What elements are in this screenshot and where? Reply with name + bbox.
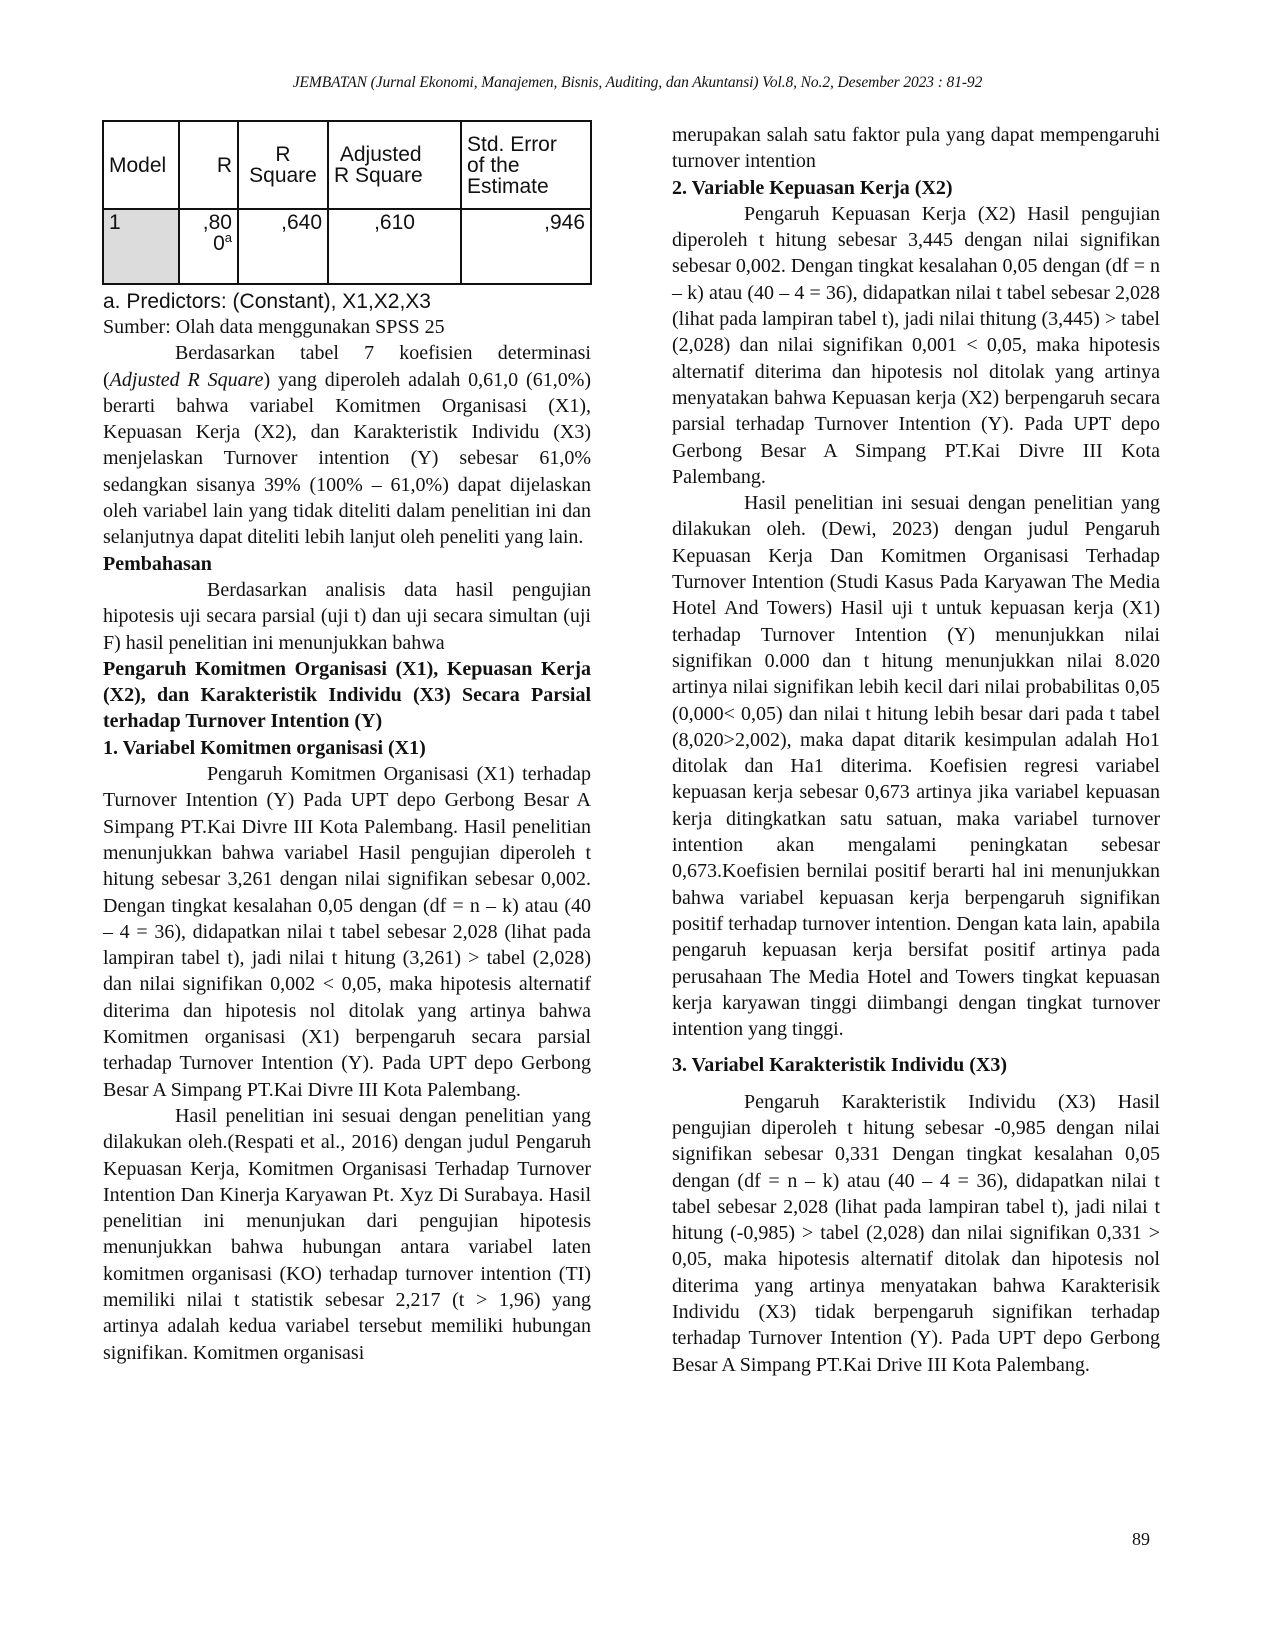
paragraph-x2: Pengaruh Kepuasan Kerja (X2) Hasil pengu… [672,201,1160,490]
paragraph-italic-term: Adjusted R Square [110,369,264,391]
running-header: JEMBATAN (Jurnal Ekonomi, Manajemen, Bis… [0,74,1275,92]
paragraph-x1-comparison: Hasil penelitian ini sesuai dengan penel… [103,1103,591,1366]
col-header-r-square: RSquare [238,121,328,209]
left-column: a. Predictors: (Constant), X1,X2,X3 Sumb… [103,290,591,1366]
col-header-r: R [179,121,238,209]
paragraph-x2-comparison: Hasil penelitian ini sesuai dengan penel… [672,490,1160,1042]
col-header-r-square-line2: Square [249,164,317,187]
table-source: Sumber: Olah data menggunakan SPSS 25 [103,314,591,340]
section-heading-partial-effect: Pengaruh Komitmen Organisasi (X1), Kepua… [103,656,591,735]
col-header-adjusted-line2: R Square [334,164,423,187]
paragraph-text: ) yang diperoleh adalah 0,61,0 (61,0%) b… [103,369,591,549]
cell-r: ,800a [179,209,238,284]
cell-adjusted-r-square: ,610 [328,209,461,284]
paragraph-x3: Pengaruh Karakteristik Individu (X3) Has… [672,1089,1160,1378]
right-column: merupakan salah satu faktor pula yang da… [672,122,1160,1378]
col-header-std-error-line3: Estimate [467,175,549,198]
section-heading-pembahasan: Pembahasan [103,551,591,577]
subheading-x3: 3. Variabel Karakteristik Individu (X3) [672,1052,1160,1078]
col-header-r-square-line1: R [275,143,290,166]
model-summary-table: Model R RSquare AdjustedR Square Std. Er… [102,120,592,285]
page-number: 89 [1132,1529,1150,1550]
table-header-row: Model R RSquare AdjustedR Square Std. Er… [103,121,591,209]
col-header-std-error: Std. Errorof theEstimate [461,121,591,209]
paragraph-x1: Pengaruh Komitmen Organisasi (X1) terhad… [103,761,591,1103]
subheading-x1: 1. Variabel Komitmen organisasi (X1) [103,735,591,761]
cell-r-square: ,640 [238,209,328,284]
paragraph-determination: Berdasarkan tabel 7 koefisien determinas… [103,340,591,550]
cell-model: 1 [103,209,179,284]
col-header-adjusted-line1: Adjusted [340,143,422,166]
footnote-marker: a [225,230,232,245]
table-footnote: a. Predictors: (Constant), X1,X2,X3 [103,290,591,314]
col-header-model: Model [103,121,179,209]
paragraph-pembahasan: Berdasarkan analisis data hasil pengujia… [103,577,591,656]
col-header-std-error-line2: of the [467,154,520,177]
paragraph-continuation: merupakan salah satu faktor pula yang da… [672,122,1160,175]
col-header-adjusted-r-square: AdjustedR Square [328,121,461,209]
cell-r-line2: 0 [213,232,225,255]
col-header-std-error-line1: Std. Error [467,133,557,156]
table-row: 1 ,800a ,640 ,610 ,946 [103,209,591,284]
cell-std-error: ,946 [461,209,591,284]
subheading-x2: 2. Variable Kepuasan Kerja (X2) [672,175,1160,201]
